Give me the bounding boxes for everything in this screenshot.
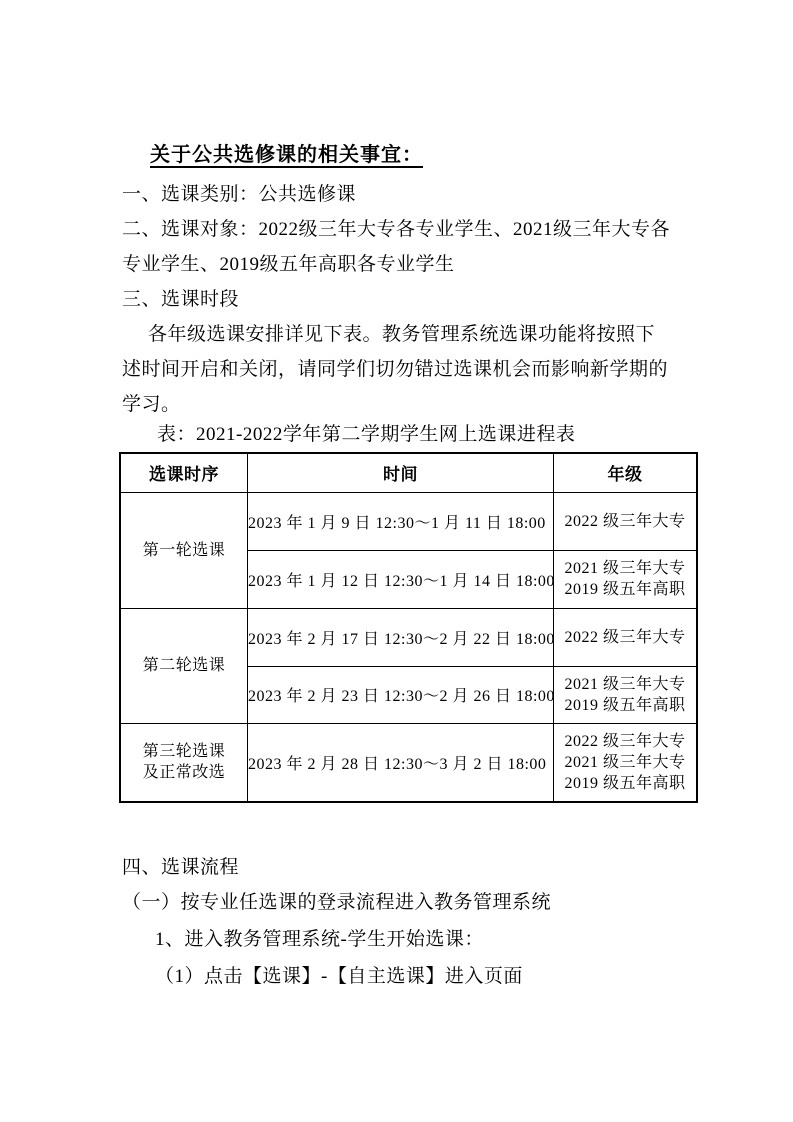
procedure-section: 四、选课流程 （一）按专业任选课的登录流程进入教务管理系统 1、进入教务管理系统… [122, 850, 678, 994]
paragraph-body-line2: 述时间开启和关闭，请同学们切勿错过选课机会而影响新学期的 [122, 352, 678, 387]
course-selection-schedule-table: 选课时序 时间 年级 第一轮选课 2023 年 1 月 9 日 12:30～1 … [119, 452, 698, 803]
paragraph-item1: 一、选课类别：公共选修课 [122, 177, 678, 212]
paragraph-body-line3: 学习。 [122, 387, 678, 422]
page-title: 关于公共选修课的相关事宜： [150, 140, 678, 170]
phase-cell-round3: 第三轮选课 及正常改选 [120, 723, 248, 802]
table-caption: 表：2021-2022学年第二学期学生网上选课进程表 [157, 422, 678, 448]
time-cell-round2-slot1: 2023 年 2 月 17 日 12:30～2 月 22 日 18:00 [248, 608, 554, 666]
phase-line: 及正常改选 [121, 762, 247, 783]
grade-line: 2022 级三年大专 [554, 731, 696, 752]
time-cell-round1-slot1: 2023 年 1 月 9 日 12:30～1 月 11 日 18:00 [248, 492, 554, 550]
paragraph-item4: 四、选课流程 [122, 850, 678, 885]
time-cell-round3: 2023 年 2 月 28 日 12:30～3 月 2 日 18:00 [248, 723, 554, 802]
grade-line: 2021 级三年大专 [554, 674, 696, 695]
phase-line: 第一轮选课 [121, 540, 247, 561]
col-header-time: 时间 [248, 453, 554, 492]
grade-cell-round2-slot1: 2022 级三年大专 [554, 608, 698, 666]
paragraph-body-line1: 各年级选课安排详见下表。教务管理系统选课功能将按照下 [148, 317, 678, 352]
table-row: 第三轮选课 及正常改选 2023 年 2 月 28 日 12:30～3 月 2 … [120, 723, 697, 802]
table-row: 第一轮选课 2023 年 1 月 9 日 12:30～1 月 11 日 18:0… [120, 492, 697, 550]
grade-line: 2019 级五年高职 [554, 579, 696, 600]
grade-line: 2022 级三年大专 [554, 627, 696, 648]
grade-line: 2019 级五年高职 [554, 695, 696, 716]
phase-line: 第二轮选课 [121, 655, 247, 676]
grade-line: 2022 级三年大专 [554, 511, 696, 532]
table-row: 第二轮选课 2023 年 2 月 17 日 12:30～2 月 22 日 18:… [120, 608, 697, 666]
paragraph-item4-sub1: （一）按专业任选课的登录流程进入教务管理系统 [122, 885, 678, 920]
document-content: 关于公共选修课的相关事宜： 一、选课类别：公共选修课 二、选课对象：2022级三… [122, 140, 678, 994]
time-cell-round2-slot2: 2023 年 2 月 23 日 12:30～2 月 26 日 18:00 [248, 666, 554, 723]
paragraph-item2-line1: 二、选课对象：2022级三年大专各专业学生、2021级三年大专各 [122, 212, 678, 247]
page-title-text: 关于公共选修课的相关事宜： [150, 144, 445, 166]
grade-cell-round1-slot2: 2021 级三年大专 2019 级五年高职 [554, 550, 698, 608]
grade-line: 2021 级三年大专 [554, 752, 696, 773]
time-cell-round1-slot2: 2023 年 1 月 12 日 12:30～1 月 14 日 18:00 [248, 550, 554, 608]
grade-cell-round3: 2022 级三年大专 2021 级三年大专 2019 级五年高职 [554, 723, 698, 802]
grade-cell-round1-slot1: 2022 级三年大专 [554, 492, 698, 550]
grade-line: 2019 级五年高职 [554, 773, 696, 794]
phase-cell-round1: 第一轮选课 [120, 492, 248, 608]
paragraph-item2-line2: 专业学生、2019级五年高职各专业学生 [122, 247, 678, 282]
paragraph-item3: 三、选课时段 [122, 282, 678, 317]
grade-cell-round2-slot2: 2021 级三年大专 2019 级五年高职 [554, 666, 698, 723]
paragraph-item4-sub3: （1）点击【选课】-【自主选课】进入页面 [155, 959, 678, 994]
document-page: 关于公共选修课的相关事宜： 一、选课类别：公共选修课 二、选课对象：2022级三… [0, 0, 793, 1122]
col-header-phase: 选课时序 [120, 453, 248, 492]
paragraph-item4-sub2: 1、进入教务管理系统-学生开始选课： [155, 922, 678, 957]
col-header-grade: 年级 [554, 453, 698, 492]
phase-cell-round2: 第二轮选课 [120, 608, 248, 723]
grade-line: 2021 级三年大专 [554, 558, 696, 579]
table-header-row: 选课时序 时间 年级 [120, 453, 697, 492]
phase-line: 第三轮选课 [121, 741, 247, 762]
